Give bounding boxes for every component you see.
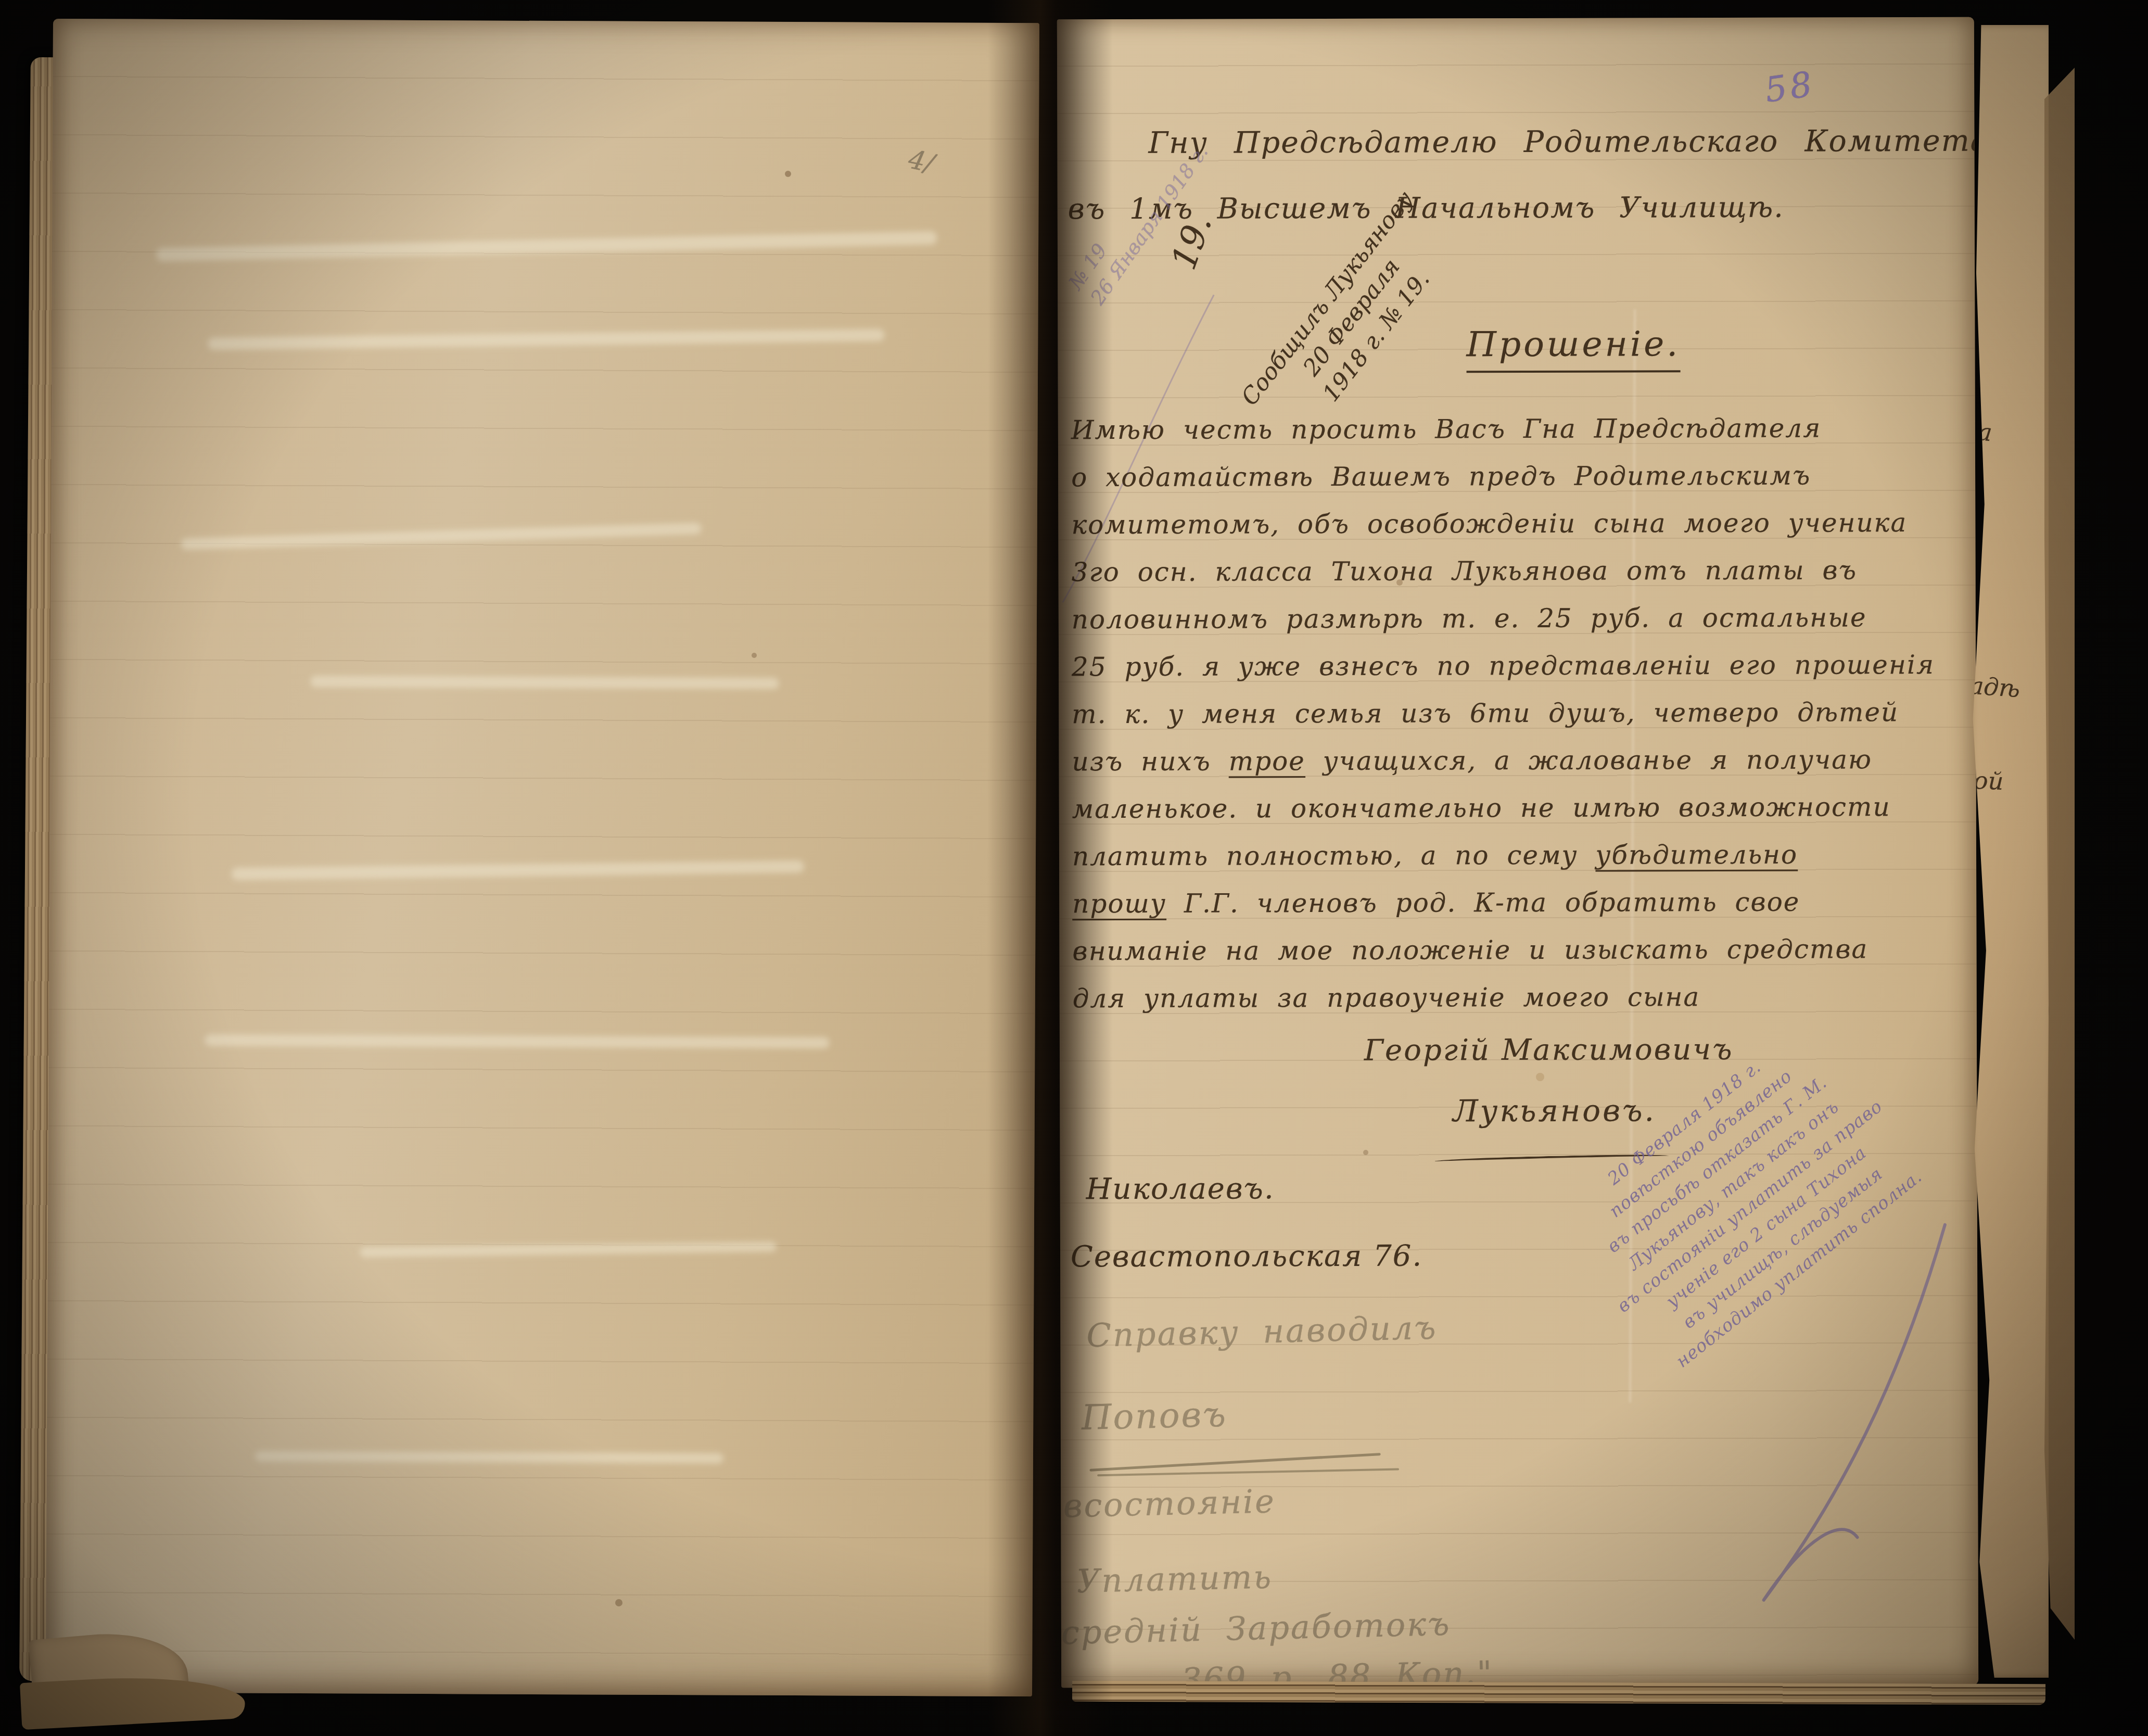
body-line: т. к. у меня семья изъ 6ти душъ, четверо…	[1072, 697, 1972, 747]
torn-page-edge: а адѣ ой	[1966, 25, 2049, 1678]
torn-page-edge-under	[2044, 68, 2075, 1640]
body-line: комитетомъ, объ освобожденіи сына моего …	[1071, 508, 1972, 557]
page-number: 58	[1762, 64, 1817, 110]
ruled-lines	[46, 19, 1039, 1696]
ghost-writing	[255, 1451, 723, 1464]
signature-surname: Лукьяновъ.	[1453, 1093, 1656, 1129]
document-title: Прошеніе.	[1466, 324, 1680, 373]
text-fragment: а	[1976, 417, 1993, 447]
photographed-archival-document: { "page_number": "58", "left_page": { "p…	[0, 0, 2148, 1736]
body-line: платить полностью, а по сему убѣдительно	[1072, 839, 1973, 889]
body-line: маленькое. и окончательно не имѣю возмож…	[1072, 792, 1973, 842]
body-line: прошу Г.Г. членовъ род. К-та обратить св…	[1072, 886, 1973, 936]
body-line: Имѣю честь просить Васъ Гна Предсѣдателя	[1071, 413, 1972, 463]
paper-specks	[0, 0, 4, 4]
address-line: Севастопольская 76.	[1071, 1239, 1422, 1274]
body-text: изъ нихъ	[1072, 746, 1228, 777]
body-line: 3го осн. класса Тихона Лукьянова отъ пла…	[1072, 555, 1972, 605]
clerk-pencil-note: Уплатить	[1076, 1557, 1273, 1600]
body-text: учащихся, а жалованье я получаю	[1305, 744, 1872, 776]
place-line: Николаевъ.	[1086, 1172, 1275, 1206]
ghost-writing	[232, 860, 804, 880]
body-text: Г.Г. членовъ род. К-та обратить свое	[1166, 887, 1800, 919]
pencil-underline	[1089, 1453, 1380, 1472]
pencil-underline	[1097, 1468, 1399, 1477]
clerk-pencil-note: Справку наводилъ	[1086, 1308, 1438, 1354]
body-text: платить полностью, а по сему	[1072, 840, 1596, 872]
book-bottom-sheet-edges	[1072, 1681, 2045, 1705]
ghost-writing	[156, 231, 937, 262]
addressee-line-1: Гну Предсѣдателю Родительскаго Комитета	[1148, 124, 1978, 160]
body-line: 25 руб. я уже взнесъ по представленіи ег…	[1072, 650, 1972, 700]
body-text: маленькое. и окончательно не имѣю возмож…	[1072, 792, 1891, 824]
body-text: половинномъ размѣрѣ т. е. 25 руб. а оста…	[1072, 602, 1867, 635]
clerk-pencil-note: средній Заработокъ	[1061, 1605, 1451, 1652]
body-text: 25 руб. я уже взнесъ по представленіи ег…	[1072, 650, 1935, 682]
text-fragment: ой	[1973, 766, 2004, 795]
body-text: т. к. у меня семья изъ 6ти душъ, четверо…	[1072, 697, 1899, 729]
text-fragment: адѣ	[1968, 671, 2021, 703]
ghost-writing	[208, 329, 884, 350]
body-line: о ходатайствѣ Вашемъ предъ Родительскимъ	[1071, 460, 1972, 510]
underlined-word: прошу	[1072, 889, 1166, 919]
body-text: Имѣю честь просить Васъ Гна Предсѣдателя	[1071, 413, 1821, 445]
petition-page: 58 Гну Предсѣдателю Родительскаго Комите…	[1057, 17, 1978, 1688]
body-line: половинномъ размѣрѣ т. е. 25 руб. а оста…	[1072, 602, 1972, 652]
body-line: вниманіе на мое положеніе и изыскать сре…	[1072, 934, 1973, 984]
underlined-word: трое	[1229, 746, 1305, 776]
petition-body: Имѣю честь просить Васъ Гна Предсѣдателя…	[1071, 413, 1973, 1031]
left-blank-page: 4/	[46, 19, 1039, 1696]
signature-name: Георгій Максимовичъ	[1364, 1033, 1734, 1068]
body-text: комитетомъ, объ освобожденіи сына моего …	[1071, 508, 1907, 540]
clerk-pencil-note: всостояніе	[1063, 1482, 1276, 1525]
body-text: для уплаты за правоученіе моего сына	[1073, 982, 1700, 1013]
ghost-writing	[310, 676, 779, 689]
ghost-writing	[360, 1241, 777, 1257]
pencil-mark: 4/	[906, 144, 937, 179]
underlined-word: убѣдительно	[1595, 840, 1798, 870]
ghost-writing	[181, 523, 702, 550]
body-text: о ходатайствѣ Вашемъ предъ Родительскимъ	[1071, 461, 1811, 493]
body-line: изъ нихъ трое учащихся, а жалованье я по…	[1072, 744, 1972, 794]
body-text: вниманіе на мое положеніе и изыскать сре…	[1072, 934, 1868, 966]
dispatch-note-line: 20 Февраля	[1253, 197, 1450, 438]
body-text: 3го осн. класса Тихона Лукьянова отъ пла…	[1072, 555, 1858, 587]
ghost-writing	[205, 1034, 829, 1048]
clerk-pencil-note: Поповъ	[1081, 1395, 1228, 1438]
